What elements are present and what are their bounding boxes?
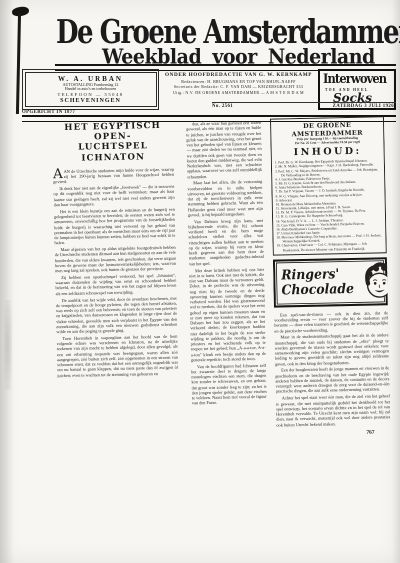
article-paragraph: Maar laat het allen, die de vertooning v… xyxy=(187,179,263,217)
contents-box: DE GROENE AMSTERDAMMER Prijs per Jaargan… xyxy=(270,116,387,255)
article-paragraph: AAN de Utrechtsche studenten mijn hulde … xyxy=(53,166,174,184)
ringers-ad-text: Ringers' Chocolade xyxy=(281,267,360,298)
article-paragraph: Toen Horemheb in wapenglans aan het hoof… xyxy=(56,334,178,379)
editorial-info: ONDER HOOFDREDACTIE VAN G. W. KERNKAMP R… xyxy=(159,69,318,110)
article-columns: HET EGYPTISCH OPEN- LUCHTSPEL ICHNATON A… xyxy=(52,116,392,523)
urban-ad-inner: W. A. URBAN AUTOSTALLING Frankenslag 12 … xyxy=(25,72,157,108)
scan-artifact-smudge xyxy=(4,300,12,390)
article-paragraph: Van de hoofdfiguren had Ichnaton zelf he… xyxy=(191,362,267,406)
column-3-text: Een spel-van-de-massa — ook in dien zin,… xyxy=(274,310,390,427)
urban-ad-phone: TELEFOON — 55048 xyxy=(27,92,155,97)
article-headline: HET EGYPTISCH OPEN- LUCHTSPEL ICHNATON xyxy=(52,121,174,164)
child-face-illustration xyxy=(360,260,393,303)
article-paragraph: De aanblik van het wijde veld, door de a… xyxy=(56,295,178,334)
article-paragraph: Met deze kritiek hebben wij ons hier nie… xyxy=(189,266,266,362)
article-column-1: HET EGYPTISCH OPEN- LUCHTSPEL ICHNATON A… xyxy=(52,121,180,481)
article-paragraph: Een der hoogleeraren heeft de jonge mann… xyxy=(275,366,390,395)
ringers-ad-product: Chocolade xyxy=(281,282,354,298)
article-paragraph: Ik denk hier niet aan de eigenlijke „fee… xyxy=(53,184,174,208)
editorial-chief: ONDER HOOFDREDACTIE VAN G. W. KERNKAMP xyxy=(165,72,312,79)
column-2-text: den, als ze waar hun gemoed zelf waren g… xyxy=(186,120,267,406)
page-number: 767 xyxy=(277,429,391,437)
masthead: De Groene Amsterdammer Weekblad voor Ned… xyxy=(56,14,396,67)
urban-ad-city: SCHEVENINGEN xyxy=(27,98,155,104)
issue-date: ZATERDAG 3 JULI 1926 xyxy=(333,104,394,109)
column-1-text: AAN de Utrechtsche studenten mijn hulde … xyxy=(53,166,178,378)
article-paragraph: Het is een klein kunstje om aan de reüni… xyxy=(54,206,176,245)
interwoven-ad-brand: Interwoven xyxy=(323,72,383,87)
editorial-publisher: Uitg.: N.V. DE GROENE AMSTERDAMMER — A M… xyxy=(165,90,312,95)
scan-artifact-line xyxy=(16,12,21,114)
article-column-2: den, als ze waar hun gemoed zelf waren g… xyxy=(186,119,269,479)
article-column-3: DE GROENE AMSTERDAMMER Prijs per Jaargan… xyxy=(270,116,392,518)
article-paragraph: den, als ze waar hun gemoed zelf waren g… xyxy=(186,120,262,179)
article-paragraph: Van Dalsum kreeg zijn kans, met bijbehoo… xyxy=(188,217,264,266)
contents-item: 19. Charivarius, Charivaria — Col. C. Fe… xyxy=(277,242,383,253)
contents-list: 1. Prof. Dr. G. W. Kernkamp, Het Egyptis… xyxy=(275,159,383,253)
headline-line-1: HET EGYPTISCH OPEN- xyxy=(52,121,173,144)
headline-line-2: LUCHTSPEL ICHNATON xyxy=(52,141,173,164)
ringers-ad: Ringers' Chocolade xyxy=(273,257,388,307)
meta-thin-rule xyxy=(212,102,396,103)
article-paragraph: Achter het spel staat weer één man, die … xyxy=(276,393,391,427)
newspaper-front-page: De Groene Amsterdammer Weekblad voor Ned… xyxy=(0,0,400,563)
article-paragraph: Maar in de studentenmaatschappij gaat he… xyxy=(274,333,389,367)
urban-ad: W. A. URBAN AUTOSTALLING Frankenslag 12 … xyxy=(22,69,159,110)
issue-number: No. 2561 xyxy=(212,104,233,109)
scan-edge-shade-left xyxy=(0,0,14,563)
article-paragraph: Een spel-van-de-massa — ook in dien zin,… xyxy=(274,310,388,333)
contents-heading: INHOUD: xyxy=(275,146,381,159)
article-paragraph: Zij hebben een openluchtspel vertoond, h… xyxy=(55,273,176,297)
article-paragraph: Maar afgezien van het op aldus uitgelokt… xyxy=(55,245,177,274)
